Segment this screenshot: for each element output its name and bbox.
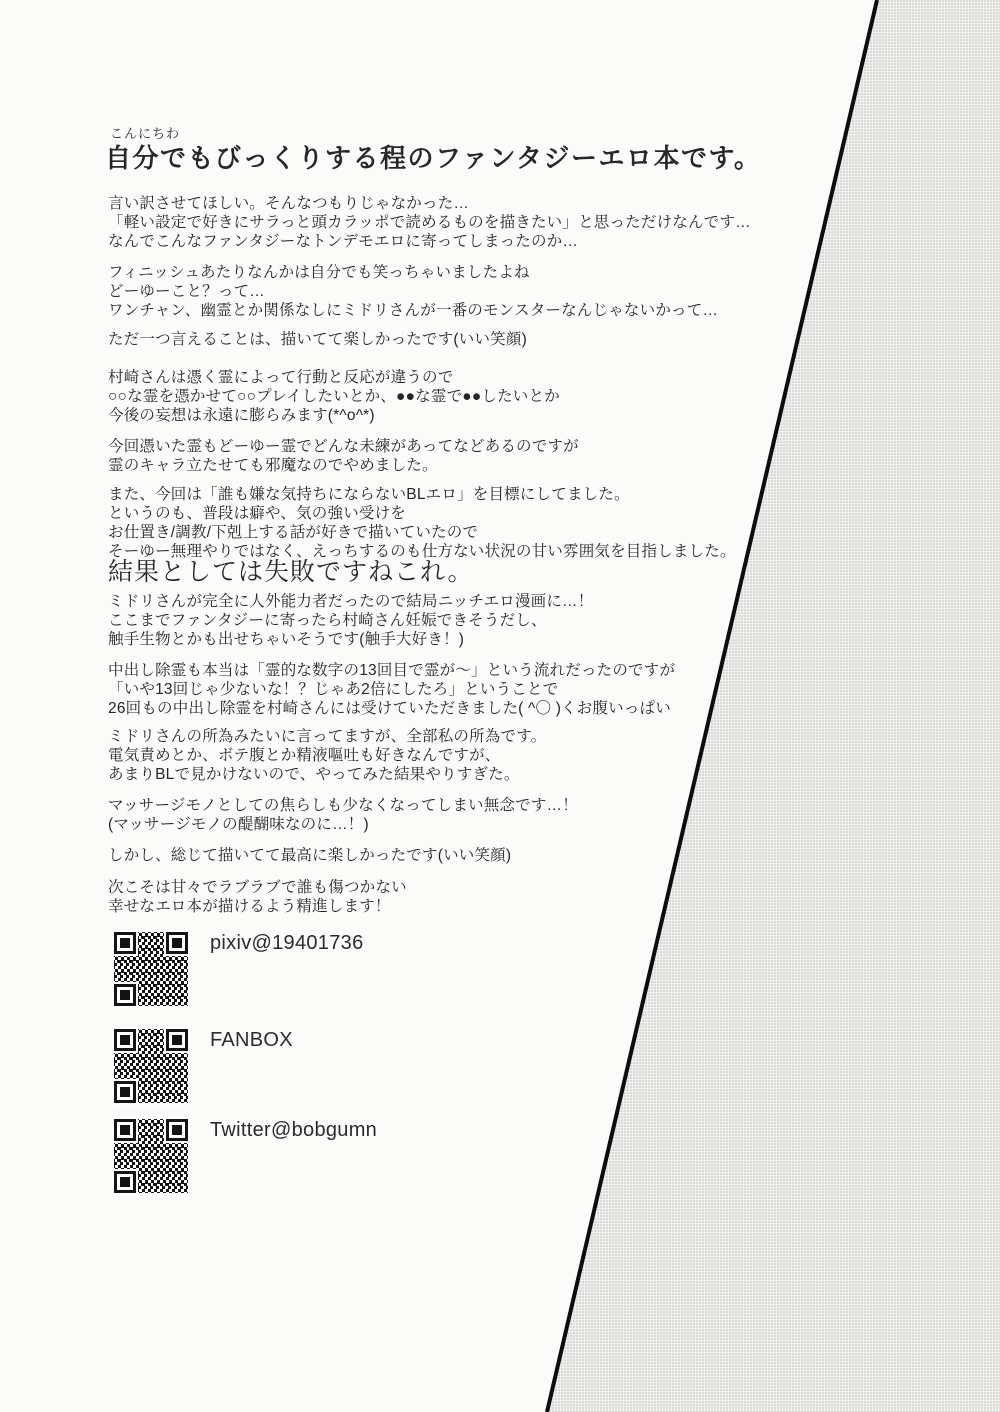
text-line: フィニッシュあたりなんかは自分でも笑っちゃいましたよね [108, 263, 718, 282]
pixiv-qr-label: pixiv@19401736 [210, 932, 364, 955]
qr-row-pixiv: pixiv@19401736 [112, 930, 364, 1008]
twitter-qr-code [112, 1117, 190, 1195]
text-line: お仕置き/調教/下剋上する話が好きで描いていたので [108, 523, 736, 542]
text-line: あまりBLで見かけないので、やってみた結果やりすぎた。 [108, 765, 546, 784]
paragraph-11: しかし、総じて描いてて最高に楽しかったです(いい笑顔) [108, 846, 511, 865]
twitter-qr-label: Twitter@bobgumn [210, 1119, 377, 1142]
text-line: 霊のキャラ立たせても邪魔なのでやめました。 [108, 456, 579, 475]
text-line: ミドリさんが完全に人外能力者だったので結局ニッチエロ漫画に…！ [108, 592, 593, 611]
text-line: 幸せなエロ本が描けるよう精進します！ [108, 897, 407, 916]
paragraph-3: ただ一つ言えることは、描いてて楽しかったです(いい笑顔) [108, 330, 527, 349]
paragraph-9: ミドリさんの所為みたいに言ってますが、全部私の所為です。 電気責めとか、ボテ腹と… [108, 727, 546, 784]
emphasis-line: 結果としては失敗ですねこれ。 [108, 552, 474, 588]
text-line: 今回憑いた霊もどーゆー霊でどんな未練があってなどあるのですが [108, 437, 579, 456]
text-line: 電気責めとか、ボテ腹とか精液嘔吐も好きなんですが、 [108, 746, 546, 765]
text-line: ここまでファンタジーに寄ったら村崎さん妊娠できそうだし、 [108, 611, 593, 630]
fanbox-qr-label: FANBOX [210, 1029, 293, 1052]
paragraph-7: ミドリさんが完全に人外能力者だったので結局ニッチエロ漫画に…！ ここまでファンタ… [108, 592, 593, 649]
text-line: 今後の妄想は永遠に膨らみます(*^o^*) [108, 406, 560, 425]
paragraph-5: 今回憑いた霊もどーゆー霊でどんな未練があってなどあるのですが 霊のキャラ立たせて… [108, 437, 579, 475]
text-line: また、今回は「誰も嫌な気持ちにならないBLエロ」を目標にしてました。 [108, 485, 736, 504]
text-line: マッサージモノとしての焦らしも少なくなってしまい無念です…！ [108, 796, 578, 815]
afterword-page: こんにちわ 自分でもびっくりする程のファンタジーエロ本です。 言い訳させてほしい… [0, 0, 1000, 1412]
text-line: というのも、普段は癖や、気の強い受けを [108, 504, 736, 523]
paragraph-10: マッサージモノとしての焦らしも少なくなってしまい無念です…！ (マッサージモノの… [108, 796, 578, 834]
text-line: 次こそは甘々でラブラブで誰も傷つかない [108, 878, 407, 897]
page-title: 自分でもびっくりする程のファンタジーエロ本です。 [105, 138, 761, 175]
text-line: 中出し除霊も本当は「霊的な数字の13回目で霊が～」という流れだったのですが [108, 661, 675, 680]
text-line: ミドリさんの所為みたいに言ってますが、全部私の所為です。 [108, 727, 546, 746]
text-line: (マッサージモノの醍醐味なのに…！) [108, 815, 578, 834]
text-line: 言い訳させてほしい。そんなつもりじゃなかった… [108, 194, 751, 213]
text-line: 26回もの中出し除霊を村崎さんには受けていただきました( ^〇 )くお腹いっぱい [108, 699, 675, 718]
text-line: 触手生物とかも出せちゃいそうです(触手大好き！) [108, 630, 593, 649]
text-line: なんでこんなファンタジーなトンデモエロに寄ってしまったのか… [108, 232, 751, 251]
fanbox-qr-code [112, 1027, 190, 1105]
paragraph-8: 中出し除霊も本当は「霊的な数字の13回目で霊が～」という流れだったのですが 「い… [108, 661, 675, 718]
text-line: ○○な霊を憑かせて○○プレイしたいとか、●●な霊で●●したいとか [108, 387, 560, 406]
paragraph-6: また、今回は「誰も嫌な気持ちにならないBLエロ」を目標にしてました。 というのも… [108, 485, 736, 561]
paragraph-4: 村崎さんは憑く霊によって行動と反応が違うので ○○な霊を憑かせて○○プレイしたい… [108, 368, 560, 425]
text-line: 「いや13回じゃ少ないな！？じゃあ2倍にしたろ」ということで [108, 680, 675, 699]
text-line: しかし、総じて描いてて最高に楽しかったです(いい笑顔) [108, 846, 511, 865]
paragraph-2: フィニッシュあたりなんかは自分でも笑っちゃいましたよね どーゆーこと？って… ワ… [108, 263, 718, 320]
text-line: 村崎さんは憑く霊によって行動と反応が違うので [108, 368, 560, 387]
text-line: ただ一つ言えることは、描いてて楽しかったです(いい笑顔) [108, 330, 527, 349]
text-line: どーゆーこと？って… [108, 282, 718, 301]
text-line: 「軽い設定で好きにサラっと頭カラッポで読めるものを描きたい」と思っただけなんです… [108, 213, 751, 232]
pixiv-qr-code [112, 930, 190, 1008]
text-line: ワンチャン、幽霊とか関係なしにミドリさんが一番のモンスターなんじゃないかって… [108, 301, 718, 320]
qr-row-fanbox: FANBOX [112, 1027, 293, 1105]
paragraph-12: 次こそは甘々でラブラブで誰も傷つかない 幸せなエロ本が描けるよう精進します！ [108, 878, 407, 916]
qr-row-twitter: Twitter@bobgumn [112, 1117, 377, 1195]
paragraph-1: 言い訳させてほしい。そんなつもりじゃなかった… 「軽い設定で好きにサラっと頭カラ… [108, 194, 751, 251]
